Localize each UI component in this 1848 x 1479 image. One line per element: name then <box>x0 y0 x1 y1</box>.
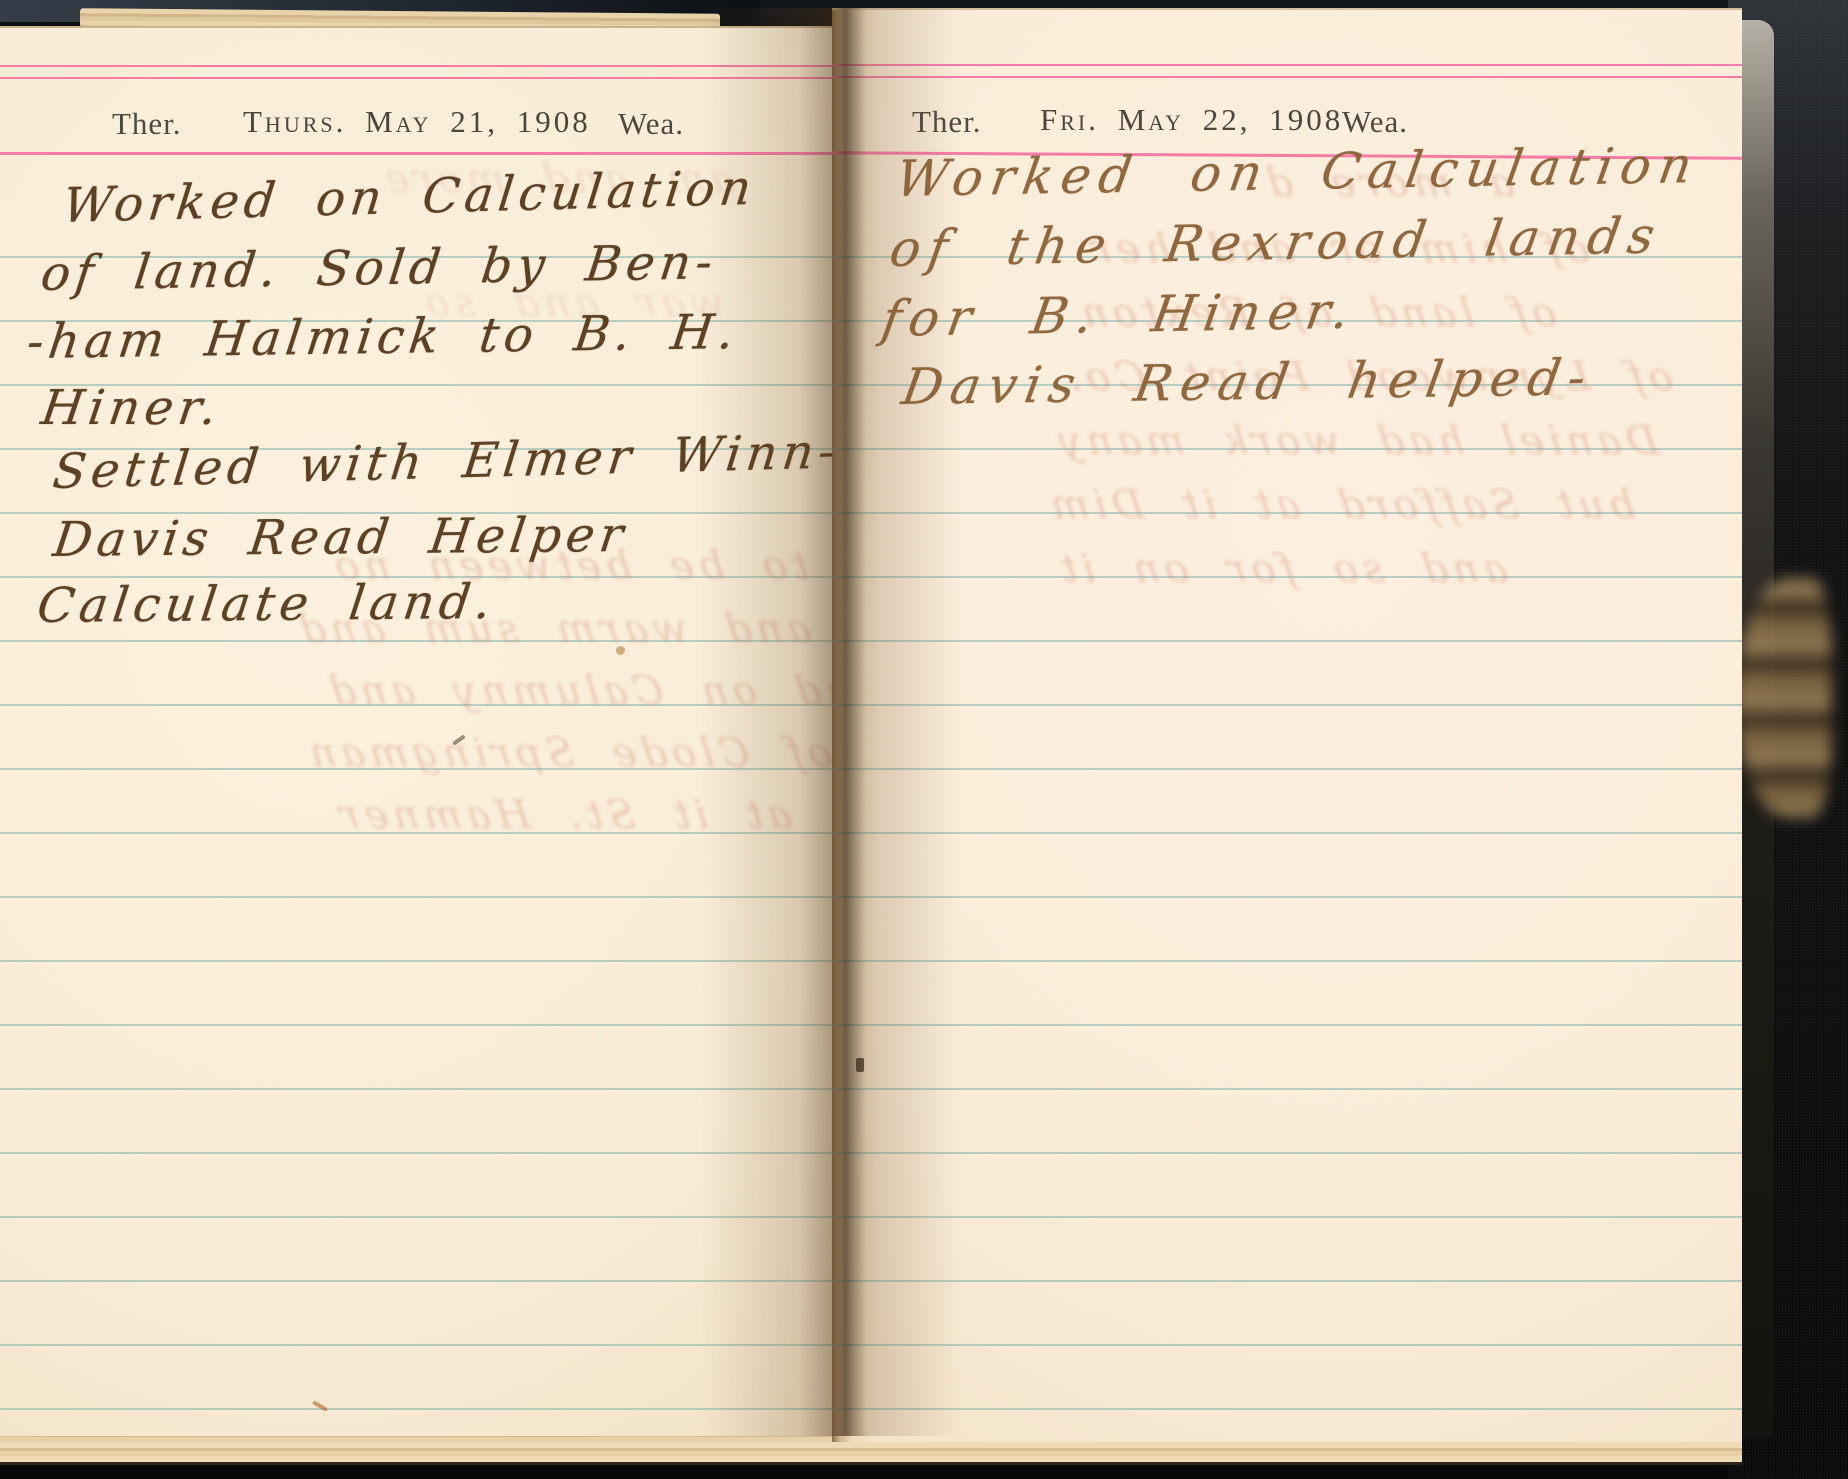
stain-speck <box>616 646 625 655</box>
ghost-bleed-text: of Clode Springman <box>302 730 832 776</box>
ther-label: Ther. <box>112 106 182 142</box>
page-date-heading: Thurs. May 21, 1908 <box>243 104 591 140</box>
diary-page-right: Ther. Fri. May 22, 1908 Wea. a more d of… <box>832 8 1742 1442</box>
handwritten-entry-line: Davis Read Helper <box>50 507 631 568</box>
ghost-bleed-text: and on Calumny and <box>322 668 832 714</box>
page-date-heading: Fri. May 22, 1908 <box>1040 102 1343 138</box>
handwritten-entry-line: Davis Read helped- <box>898 348 1598 416</box>
photo-background: Ther. Thurs. May 21, 1908 Wea. am and mo… <box>0 0 1848 1479</box>
ghost-bleed-text: and so for on it <box>1053 546 1511 592</box>
ther-label: Ther. <box>912 104 982 140</box>
handwritten-entry-line: for B. Hiner. <box>878 282 1361 348</box>
ghost-bleed-text: at it St. Hamner <box>332 792 795 838</box>
handwritten-entry-line: -ham Halmick to B. H. <box>24 304 742 370</box>
wea-label: Wea. <box>1342 104 1408 140</box>
diary-page-left: Ther. Thurs. May 21, 1908 Wea. am and mo… <box>0 26 832 1436</box>
gutter-ink-speck <box>856 1058 864 1072</box>
pink-head-rule <box>0 65 832 67</box>
ghost-bleed-text: Daniel had work many <box>1051 418 1662 464</box>
handwritten-entry-line: Hiner. <box>38 380 225 436</box>
ghost-bleed-text: but Safford at it Dim <box>1043 482 1638 528</box>
pink-head-rule <box>832 64 1742 66</box>
blurred-page-edge-object <box>1736 578 1832 818</box>
handwritten-entry-line: Calculate land. <box>34 574 499 634</box>
pink-head-rule <box>832 76 1742 78</box>
wea-label: Wea. <box>618 106 684 142</box>
handwritten-entry-line: of land. Sold by Ben- <box>38 234 721 302</box>
pink-head-rule <box>0 77 832 79</box>
pink-header-divider-rule <box>0 152 832 155</box>
